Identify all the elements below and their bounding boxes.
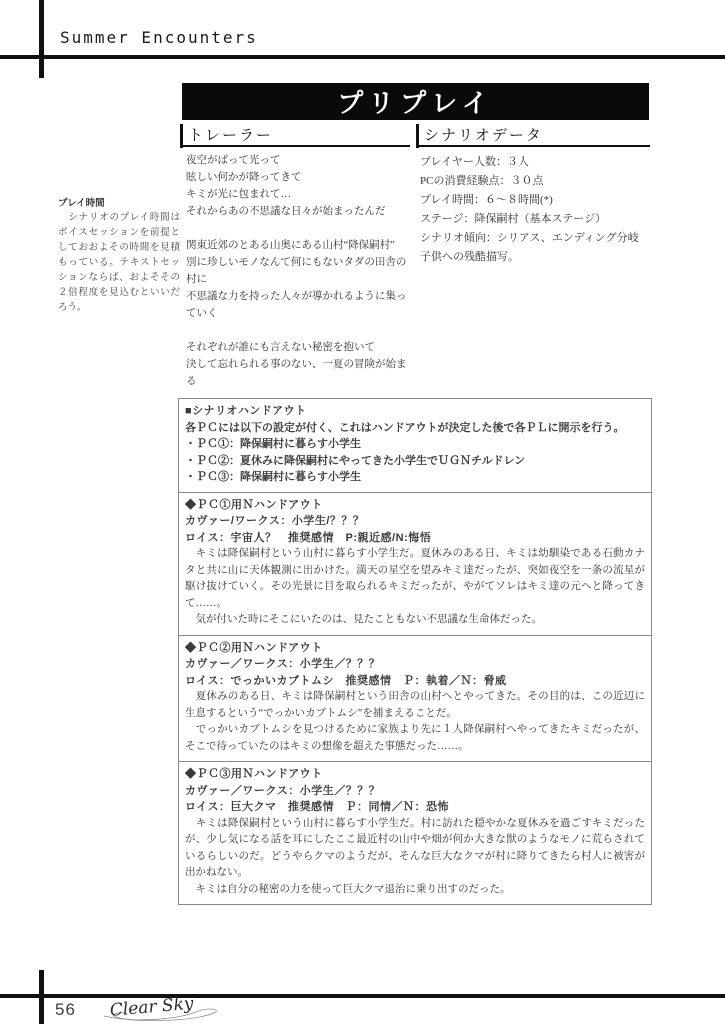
trailer-line: 別に珍しいモノなんて何にもないタダの田舎の村に <box>186 254 414 288</box>
section-tick <box>180 124 183 148</box>
section-head-trailer-label: トレーラー <box>188 124 273 145</box>
handout-box-pc1: ◆ＰＣ①用Ｎハンドアウト カヴァー/ワークス：小学生/？？？ ロイス：宇宙人？ … <box>178 492 652 636</box>
logo-text: Clear Sky <box>109 994 195 1021</box>
scenario-data-line: 子供への残酷描写。 <box>420 248 660 267</box>
section-head-trailer: トレーラー <box>180 126 410 147</box>
scenario-data-line: シナリオ傾向：シリアス、エンディング分岐 <box>420 229 660 248</box>
handout-box-pc2: ◆ＰＣ②用Ｎハンドアウト カヴァー／ワークス：小学生／？？？ ロイス：でっかいカ… <box>178 635 652 763</box>
page: Summer Encounters プリプレイ トレーラー シナリオデータ 夜空… <box>0 0 725 1024</box>
scenario-data-line: PCの消費経験点：３０点 <box>420 172 660 191</box>
pc1-body-paragraph: 気が付いた時にそこにいたのは、見たこともない不思議な生命体だった。 <box>185 612 645 629</box>
page-number: 56 <box>55 1000 76 1020</box>
scenario-data-line: プレイ時間：６～８時間(*) <box>420 191 660 210</box>
scenario-data-text: プレイヤー人数：３人 PCの消費経験点：３０点 プレイ時間：６～８時間(*) ス… <box>420 153 660 267</box>
section-head-scenario-data: シナリオデータ <box>416 126 650 147</box>
pc3-title: ◆ＰＣ③用Ｎハンドアウト <box>185 766 645 783</box>
pc3-lois: ロイス：巨大クマ 推奨感情 Ｐ：同情／Ｎ：恐怖 <box>185 799 645 816</box>
scenario-data-line: ステージ：降保嗣村（基本ステージ） <box>420 210 660 229</box>
pc3-body-paragraph: キミは自分の秘密の力を使って巨大クマ退治に乗り出すのだった。 <box>185 882 645 899</box>
pc2-cover: カヴァー／ワークス：小学生／？？？ <box>185 656 645 673</box>
handout-stack: ■シナリオハンドアウト 各ＰＣには以下の設定が付く、これはハンドアウトが決定した… <box>178 398 652 905</box>
handout-item: ・ＰＣ②：夏休みに降保嗣村にやってきた小学生でＵＧＮチルドレン <box>185 453 645 470</box>
trailer-line: キミが光に包まれて… <box>186 186 414 203</box>
pc3-cover: カヴァー／ワークス：小学生／？？？ <box>185 783 645 800</box>
trailer-line: それからあの不思議な日々が始まったんだ <box>186 203 414 220</box>
spacer <box>186 322 414 339</box>
section-head-scenario-data-label: シナリオデータ <box>424 124 543 145</box>
chapter-title-bar: プリプレイ <box>182 83 649 120</box>
margin-note-body: シナリオのプレイ時間はボイスセッションを前提としておおよその時間を見積もっている… <box>58 211 180 316</box>
chapter-title: プリプレイ <box>337 83 494 120</box>
pc1-lois: ロイス：宇宙人？ 推奨感情 P:親近感/N:悔悟 <box>185 530 645 547</box>
pc1-body-paragraph: キミは降保嗣村という山村に暮らす小学生だ。夏休みのある日、キミは幼馴染である石動… <box>185 546 645 612</box>
trailer-line: それぞれが誰にも言えない秘密を抱いて <box>186 339 414 356</box>
clear-sky-logo: Clear Sky <box>96 994 236 1024</box>
pc1-cover: カヴァー/ワークス：小学生/？？？ <box>185 513 645 530</box>
trailer-line: 眩しい何かが降ってきて <box>186 169 414 186</box>
trailer-line: 不思議な力を持った人々が導かれるように集っていく <box>186 288 414 322</box>
section-tick <box>416 124 419 148</box>
running-header: Summer Encounters <box>60 28 258 47</box>
handout-item: ・ＰＣ③：降保嗣村に暮らす小学生 <box>185 469 645 486</box>
trailer-line: 夜空がばって光って <box>186 152 414 169</box>
handout-box-pc3: ◆ＰＣ③用Ｎハンドアウト カヴァー／ワークス：小学生／？？？ ロイス：巨大クマ … <box>178 761 652 905</box>
margin-note-title: プレイ時間 <box>58 196 180 211</box>
handout-title: ■シナリオハンドアウト <box>185 403 645 420</box>
header-vertical-bar <box>39 0 44 78</box>
handout-item: ・ＰＣ①：降保嗣村に暮らす小学生 <box>185 436 645 453</box>
spacer <box>186 220 414 237</box>
handout-box-intro: ■シナリオハンドアウト 各ＰＣには以下の設定が付く、これはハンドアウトが決定した… <box>178 398 652 493</box>
trailer-line: 関東近郊のとある山奥にある山村“降保嗣村” <box>186 237 414 254</box>
pc2-body-paragraph: 夏休みのある日、キミは降保嗣村という田舎の山村へとやってきた。その目的は、この近… <box>185 689 645 722</box>
pc2-title: ◆ＰＣ②用Ｎハンドアウト <box>185 640 645 657</box>
pc2-lois: ロイス：でっかいカブトムシ 推奨感情 Ｐ：執着／Ｎ：脅威 <box>185 673 645 690</box>
header-rule <box>0 55 725 59</box>
scenario-data-line: プレイヤー人数：３人 <box>420 153 660 172</box>
handout-intro: 各ＰＣには以下の設定が付く、これはハンドアウトが決定した後で各ＰＬに開示を行う。 <box>185 420 645 437</box>
pc2-body-paragraph: でっかいカブトムシを見つけるために家族より先に１人降保嗣村へやってきたキミだった… <box>185 722 645 755</box>
footer-vertical-bar <box>39 970 44 1024</box>
margin-note: プレイ時間 シナリオのプレイ時間はボイスセッションを前提としておおよその時間を見… <box>58 196 180 316</box>
pc1-title: ◆ＰＣ①用Ｎハンドアウト <box>185 497 645 514</box>
pc3-body-paragraph: キミは降保嗣村という山村に暮らす小学生だ。村に訪れた穏やかな夏休みを過ごすキミだ… <box>185 816 645 882</box>
trailer-line: 決して忘れられる事のない、一夏の冒険が始まる <box>186 356 414 390</box>
